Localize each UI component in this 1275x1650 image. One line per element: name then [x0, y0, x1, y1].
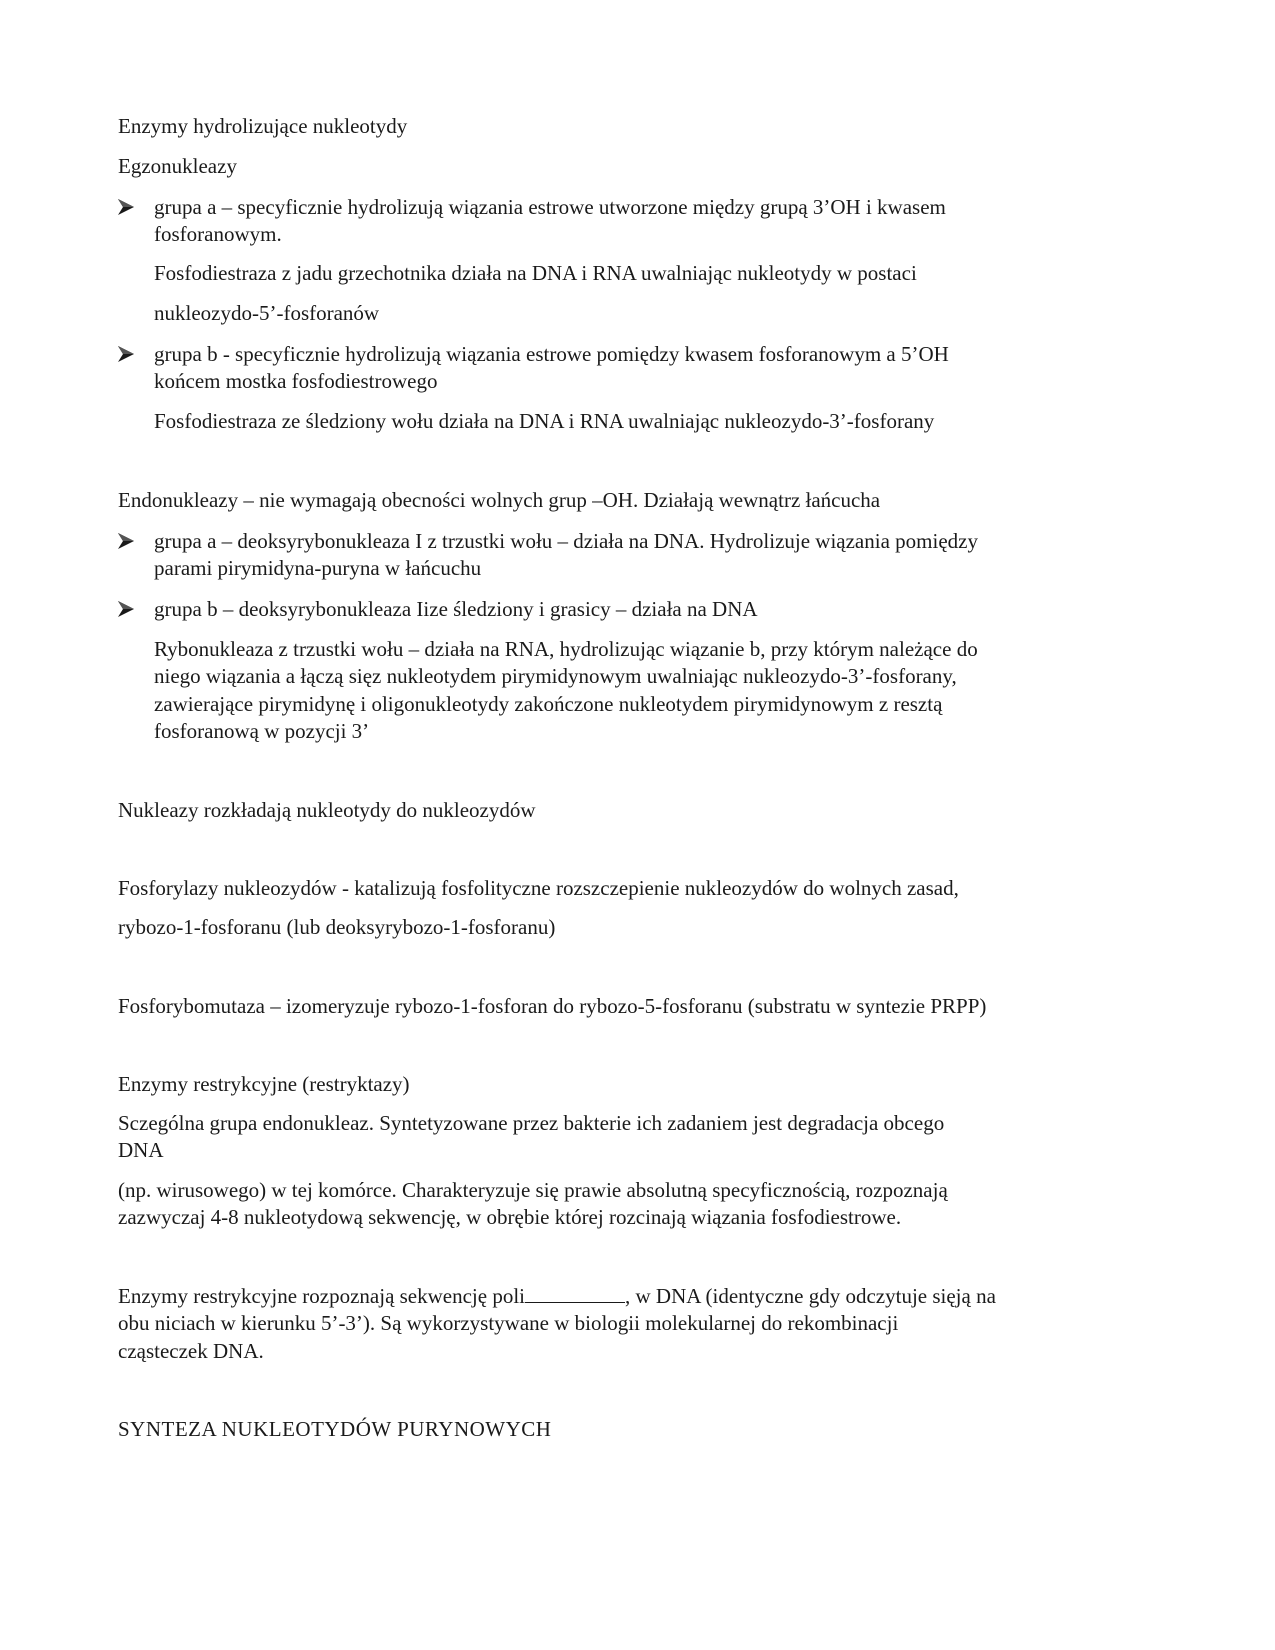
restriction-p3-line3: cząsteczek DNA.	[118, 1338, 264, 1365]
mutase-paragraph: Fosforybomutaza – izomeryzuje rybozo-1-f…	[118, 993, 986, 1020]
document-page: Enzymy hydrolizujące nukleotydy Egzonukl…	[0, 0, 1275, 1650]
phosphorylases-line1: Fosforylazy nukleozydów - katalizują fos…	[118, 875, 959, 902]
nucleases-paragraph: Nukleazy rozkładają nukleotydy do nukleo…	[118, 797, 536, 824]
exo-group-a-line1: grupa a – specyficznie hydrolizują wiąza…	[154, 194, 946, 221]
exo-group-b-note1: Fosfodiestraza ze śledziony wołu działa …	[154, 408, 934, 435]
restriction-p3-before-blank: Enzymy restrykcyjne rozpoznają sekwencję…	[118, 1284, 525, 1308]
arrowhead-bullet-icon	[117, 198, 137, 218]
restriction-p3-after-blank: , w DNA (identyczne gdy odczytuje sięją …	[625, 1284, 996, 1308]
heading-hydrolyzing-enzymes: Enzymy hydrolizujące nukleotydy	[118, 113, 407, 140]
phosphorylases-line2: rybozo-1-fosforanu (lub deoksyrybozo-1-f…	[118, 914, 555, 941]
exo-group-a-note1: Fosfodiestraza z jadu grzechotnika dział…	[154, 260, 917, 287]
arrowhead-bullet-icon	[117, 345, 137, 365]
endo-group-b-note4: fosforanową w pozycji 3’	[154, 718, 369, 745]
endo-group-b-note1: Rybonukleaza z trzustki wołu – działa na…	[154, 636, 978, 663]
exo-group-a-line2: fosforanowym.	[154, 221, 282, 248]
heading-exonucleases: Egzonukleazy	[118, 153, 237, 180]
endo-group-b-note2: niego wiązania a łączą sięz nukleotydem …	[154, 663, 957, 690]
restriction-p1-line2: DNA	[118, 1137, 164, 1164]
arrowhead-bullet-icon	[117, 532, 137, 552]
arrowhead-bullet-icon	[117, 600, 137, 620]
heading-endonucleases: Endonukleazy – nie wymagają obecności wo…	[118, 487, 880, 514]
exo-group-b-line2: końcem mostka fosfodiestrowego	[154, 368, 437, 395]
restriction-p2-line2: zazwyczaj 4-8 nukleotydową sekwencję, w …	[118, 1204, 901, 1231]
fill-in-blank	[525, 1284, 625, 1303]
heading-restriction-enzymes: Enzymy restrykcyjne (restryktazy)	[118, 1071, 410, 1098]
exo-group-b-line1: grupa b - specyficznie hydrolizują wiąza…	[154, 341, 949, 368]
restriction-p2-line1: (np. wirusowego) w tej komórce. Charakte…	[118, 1177, 948, 1204]
endo-group-b-line1: grupa b – deoksyrybonukleaza Iize śledzi…	[154, 596, 758, 623]
endo-group-b-note3: zawierające pirymidynę i oligonukleotydy…	[154, 691, 942, 718]
restriction-p1-line1: Sczególna grupa endonukleaz. Syntetyzowa…	[118, 1110, 944, 1137]
exo-group-a-note2: nukleozydo-5’-fosforanów	[154, 300, 379, 327]
restriction-p3-line2: obu niciach w kierunku 5’-3’). Są wykorz…	[118, 1310, 898, 1337]
endo-group-a-line2: parami pirymidyna-puryna w łańcuchu	[154, 555, 481, 582]
endo-group-a-line1: grupa a – deoksyrybonukleaza I z trzustk…	[154, 528, 978, 555]
heading-purine-synthesis: SYNTEZA NUKLEOTYDÓW PURYNOWYCH	[118, 1416, 551, 1443]
restriction-p3-line1: Enzymy restrykcyjne rozpoznają sekwencję…	[118, 1283, 996, 1310]
